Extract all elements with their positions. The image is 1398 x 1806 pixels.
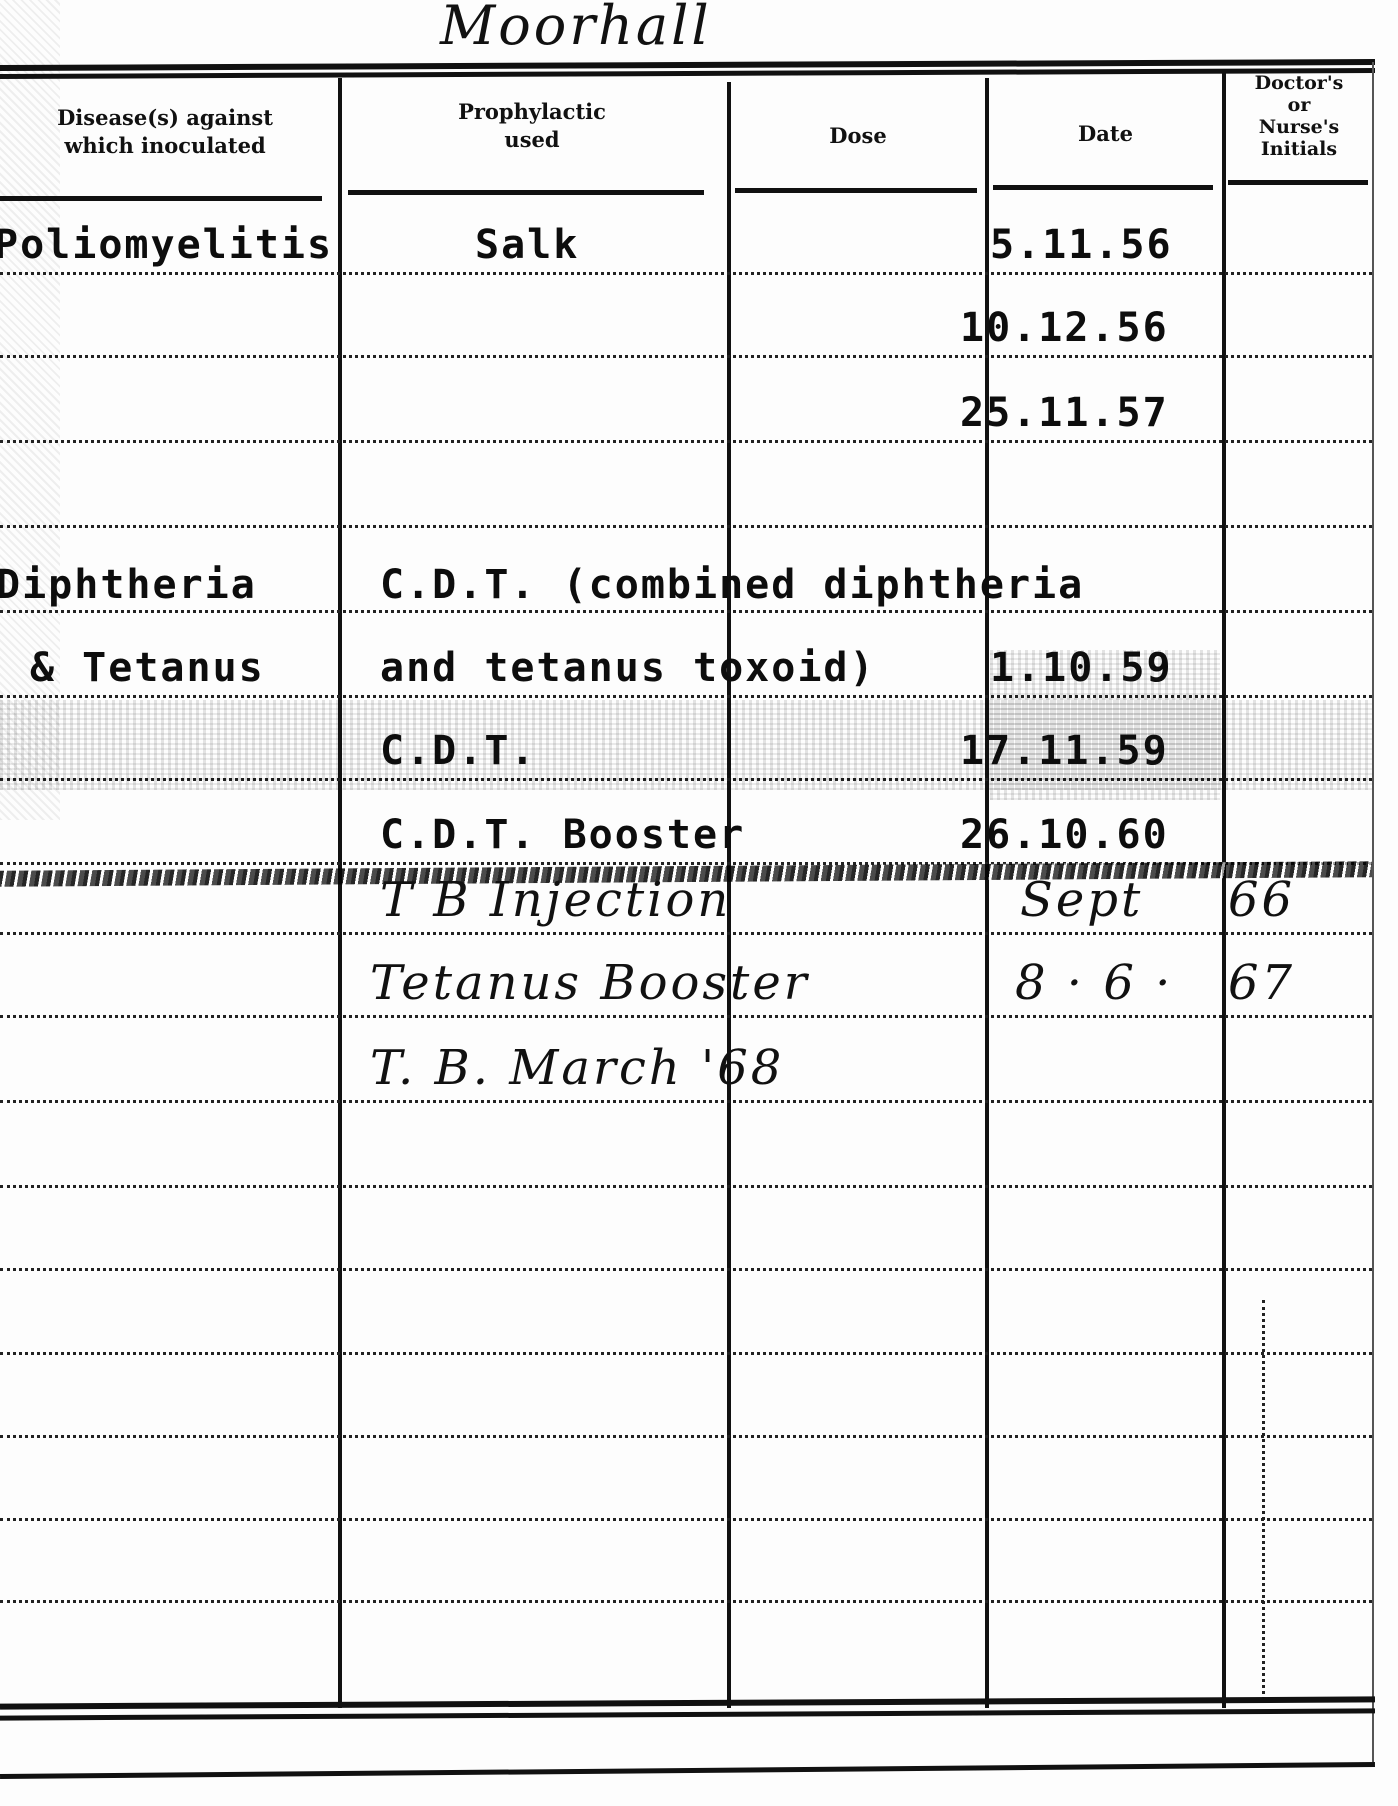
vaccination-record-card: Moorhall Disease(s) against which inocul… xyxy=(0,0,1398,1806)
right-edge-dotted xyxy=(1262,1300,1265,1700)
handwritten-date: 8 · 6 · xyxy=(1015,955,1173,1011)
row-rule xyxy=(0,355,1372,358)
bottom-rule-2 xyxy=(0,1708,1375,1720)
card-bottom-edge xyxy=(0,1762,1375,1779)
header-underline-4 xyxy=(993,185,1213,190)
row-rule xyxy=(0,1600,1372,1603)
header-date: Date xyxy=(989,120,1222,148)
row-rule xyxy=(0,1100,1372,1103)
header-underline-5 xyxy=(1228,180,1368,185)
header-underline-1 xyxy=(0,196,322,201)
prophylactic-cell: and tetanus toxoid) xyxy=(380,645,876,691)
date-cell: 10.12.56 xyxy=(960,305,1169,351)
row-rule xyxy=(0,440,1372,443)
header-initials: Doctor's or Nurse's Initials xyxy=(1226,72,1372,160)
row-rule xyxy=(0,1435,1372,1438)
row-rule xyxy=(0,525,1372,528)
handwritten-title: Moorhall xyxy=(440,0,712,57)
header-prophylactic: Prophylactic used xyxy=(342,98,722,154)
row-rule xyxy=(0,1268,1372,1271)
row-rule xyxy=(0,1518,1372,1521)
header-underline-3 xyxy=(735,188,977,193)
date-cell: 5.11.56 xyxy=(990,222,1173,268)
row-rule xyxy=(0,1185,1372,1188)
prophylactic-cell: C.D.T. Booster xyxy=(380,812,745,858)
row-rule xyxy=(0,932,1372,935)
date-cell: 25.11.57 xyxy=(960,390,1169,436)
header-dose: Dose xyxy=(731,122,985,150)
column-divider-1 xyxy=(338,78,342,1708)
handwritten-date: Sept xyxy=(1020,872,1143,928)
handwritten-initials: 67 xyxy=(1228,955,1295,1011)
date-cell: 26.10.60 xyxy=(960,812,1169,858)
disease-cell: & Tetanus xyxy=(30,645,265,691)
handwritten-entry: Tetanus Booster xyxy=(370,955,810,1011)
handwritten-initials: 66 xyxy=(1228,872,1295,928)
header-underline-2 xyxy=(348,190,704,195)
bottom-rule xyxy=(0,1696,1375,1709)
row-rule xyxy=(0,272,1372,275)
disease-cell: Diphtheria xyxy=(0,562,257,608)
column-divider-4 xyxy=(1222,72,1226,1708)
handwritten-entry: T. B. March '68 xyxy=(370,1040,784,1096)
prophylactic-cell: C.D.T. (combined diphtheria xyxy=(380,562,1084,608)
date-cell: 1.10.59 xyxy=(990,645,1173,691)
handwritten-entry: T B Injection xyxy=(380,872,731,928)
prophylactic-cell: C.D.T. xyxy=(380,728,537,774)
row-rule xyxy=(0,1015,1372,1018)
right-border xyxy=(1372,62,1374,1762)
disease-cell: Poliomyelitis xyxy=(0,222,333,268)
prophylactic-cell: Salk xyxy=(475,222,579,268)
row-rule xyxy=(0,1352,1372,1355)
date-cell: 17.11.59 xyxy=(960,728,1169,774)
header-disease: Disease(s) against which inoculated xyxy=(0,104,330,160)
row-rule xyxy=(0,610,1372,613)
